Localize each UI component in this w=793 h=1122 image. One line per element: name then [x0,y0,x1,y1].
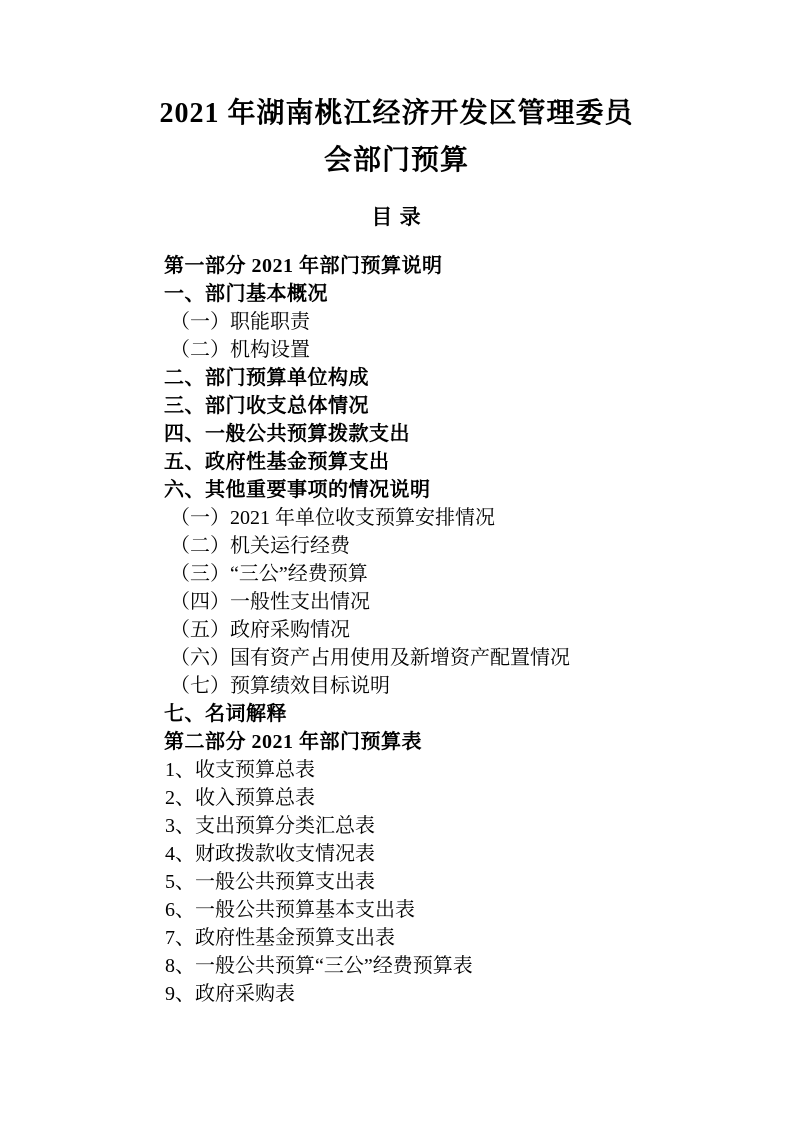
toc-heading: 目 录 [0,201,793,231]
toc-item: （四）一般性支出情况 [164,588,743,616]
toc-item: 二、部门预算单位构成 [164,364,743,392]
toc-item: 五、政府性基金预算支出 [164,448,743,476]
toc-item: 7、政府性基金预算支出表 [164,924,743,952]
toc-item: 七、名词解释 [164,700,743,728]
toc-item: （一）2021 年单位收支预算安排情况 [164,504,743,532]
toc-item: 四、一般公共预算拨款支出 [164,420,743,448]
toc-item: 4、财政拨款收支情况表 [164,840,743,868]
document-title: 2021 年湖南桃江经济开发区管理委员 会部门预算 [40,90,753,184]
toc-item: 3、支出预算分类汇总表 [164,812,743,840]
toc-item: 1、收支预算总表 [164,756,743,784]
toc-item: （二）机构设置 [164,336,743,364]
toc-item: 第一部分 2021 年部门预算说明 [164,252,743,280]
toc-item: 8、一般公共预算“三公”经费预算表 [164,952,743,980]
toc-item: 三、部门收支总体情况 [164,392,743,420]
toc-list: 第一部分 2021 年部门预算说明一、部门基本概况（一）职能职责（二）机构设置二… [164,252,743,1008]
document-page: 2021 年湖南桃江经济开发区管理委员 会部门预算 目 录 第一部分 2021 … [0,0,793,1122]
toc-item: 6、一般公共预算基本支出表 [164,896,743,924]
toc-item: （二）机关运行经费 [164,532,743,560]
toc-item: 5、一般公共预算支出表 [164,868,743,896]
toc-item: （三）“三公”经费预算 [164,560,743,588]
toc-item: 2、收入预算总表 [164,784,743,812]
toc-item: 9、政府采购表 [164,980,743,1008]
document-title-line-2: 会部门预算 [324,145,469,176]
toc-item: （六）国有资产占用使用及新增资产配置情况 [164,644,743,672]
toc-item: 六、其他重要事项的情况说明 [164,476,743,504]
toc-item: （五）政府采购情况 [164,616,743,644]
toc-item: 一、部门基本概况 [164,280,743,308]
toc-item: （一）职能职责 [164,308,743,336]
toc-item: （七）预算绩效目标说明 [164,672,743,700]
document-title-line-1: 2021 年湖南桃江经济开发区管理委员 [159,98,633,129]
toc-item: 第二部分 2021 年部门预算表 [164,728,743,756]
